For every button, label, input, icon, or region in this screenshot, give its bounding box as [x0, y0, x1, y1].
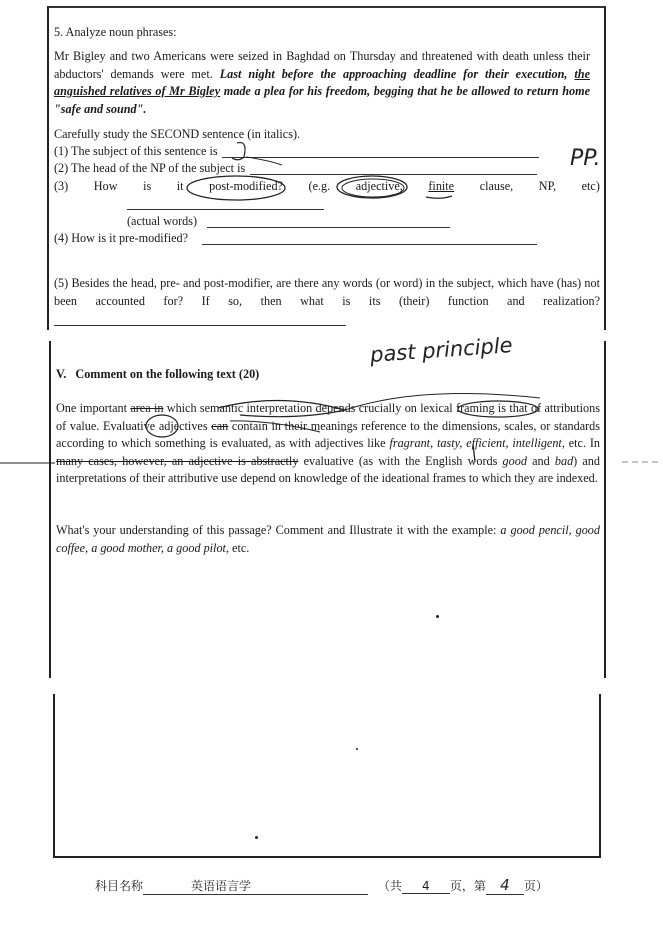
page-footer: 科目名称英语语言学 （共4页，第4页） — [95, 876, 548, 895]
current-page-suffix: 页） — [524, 879, 548, 893]
ink-dot — [356, 748, 358, 750]
current-page: 4 — [486, 876, 524, 895]
total-pages-suffix: 页，第 — [450, 879, 486, 893]
question-text: What's your understanding of this passag… — [56, 523, 500, 537]
ink-annotations-section-5 — [0, 330, 663, 470]
total-pages-prefix: （共 — [378, 879, 402, 893]
ink-dot — [436, 615, 439, 618]
subject-label: 科目名称 — [95, 879, 143, 893]
subject-value: 英语语言学 — [143, 877, 368, 895]
question-text: , etc. — [226, 541, 249, 555]
total-pages: 4 — [402, 879, 450, 894]
answer-area-box[interactable] — [53, 694, 601, 858]
ink-annotations-q5 — [0, 0, 663, 340]
ink-dot — [255, 836, 258, 839]
section-5-question: What's your understanding of this passag… — [56, 522, 600, 557]
